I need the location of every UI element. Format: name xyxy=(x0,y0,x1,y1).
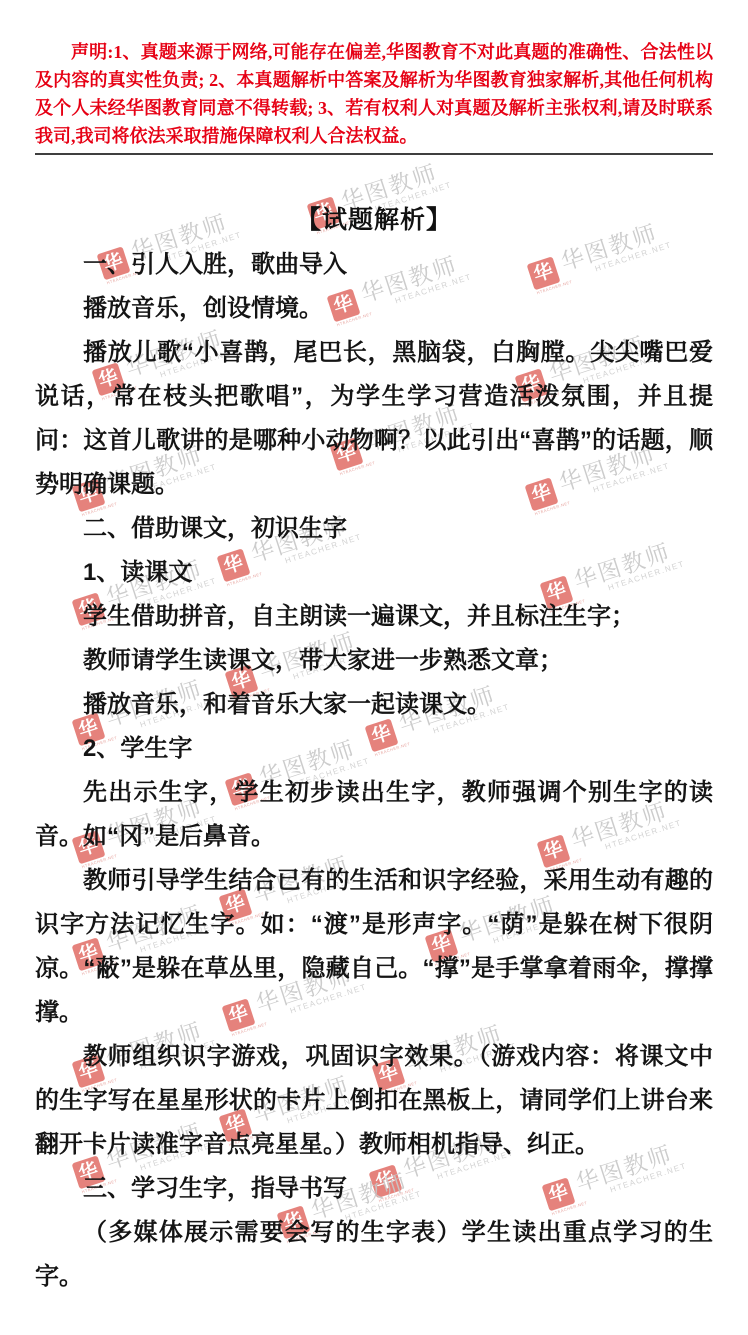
divider-line xyxy=(35,153,713,155)
paragraph: 播放音乐，和着音乐大家一起读课文。 xyxy=(35,683,713,727)
paragraph: 播放儿歌“小喜鹊，尾巴长，黑脑袋，白胸膛。尖尖嘴巴爱说话，常在枝头把歌唱”，为学… xyxy=(35,331,713,507)
paragraph: 三、学习生字，指导书写 xyxy=(35,1167,713,1211)
body-text: 一、引人入胜，歌曲导入 播放音乐，创设情境。 播放儿歌“小喜鹊，尾巴长，黑脑袋，… xyxy=(35,243,713,1299)
paragraph: 学生借助拼音，自主朗读一遍课文，并且标注生字； xyxy=(35,595,713,639)
paragraph: 二、借助课文，初识生字 xyxy=(35,507,713,551)
paragraph: 播放音乐，创设情境。 xyxy=(35,287,713,331)
disclaimer-text: 声明:1、真题来源于网络,可能存在偏差,华图教育不对此真题的准确性、合法性以及内… xyxy=(35,0,713,150)
page-title: 【试题解析】 xyxy=(35,202,713,238)
paragraph: 先出示生字，学生初步读出生字，教师强调个别生字的读音。如“冈”是后鼻音。 xyxy=(35,771,713,859)
document-content: 声明:1、真题来源于网络,可能存在偏差,华图教育不对此真题的准确性、合法性以及内… xyxy=(0,0,748,1299)
document-page: 华HTEACHER.NET华图教师HTEACHER.NET华HTEACHER.N… xyxy=(0,0,748,1335)
paragraph: （多媒体展示需要会写的生字表）学生读出重点学习的生字。 xyxy=(35,1211,713,1299)
paragraph: 2、学生字 xyxy=(35,727,713,771)
paragraph: 教师组织识字游戏，巩固识字效果。（游戏内容：将课文中的生字写在星星形状的卡片上倒… xyxy=(35,1035,713,1167)
paragraph: 教师请学生读课文，带大家进一步熟悉文章； xyxy=(35,639,713,683)
paragraph: 一、引人入胜，歌曲导入 xyxy=(35,243,713,287)
paragraph: 1、读课文 xyxy=(35,551,713,595)
paragraph: 教师引导学生结合已有的生活和识字经验，采用生动有趣的识字方法记忆生字。如：“渡”… xyxy=(35,859,713,1035)
